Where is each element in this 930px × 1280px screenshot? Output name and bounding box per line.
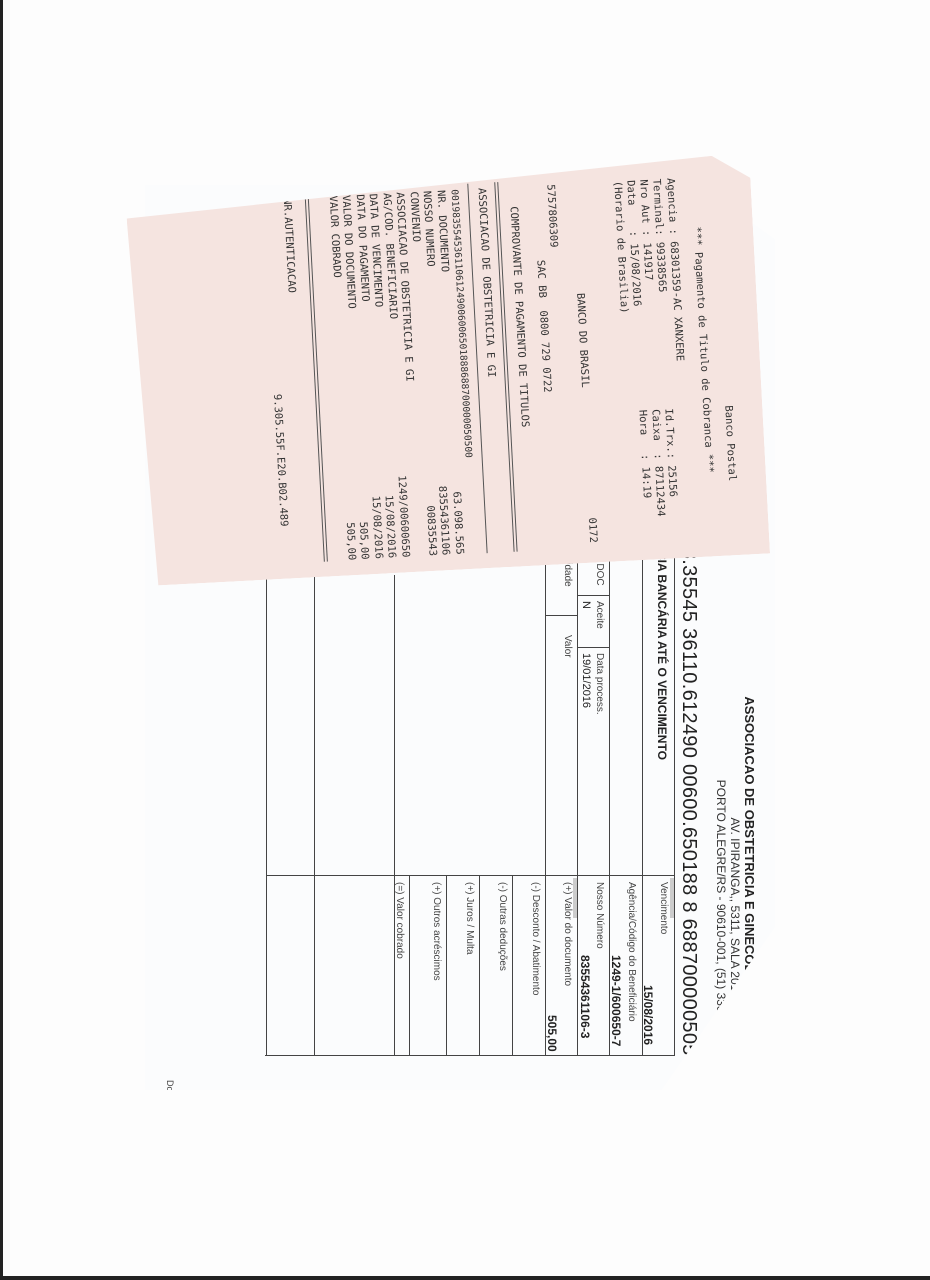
divider	[577, 525, 578, 1055]
divider	[573, 878, 577, 918]
divider	[265, 1055, 675, 1056]
outras-deducoes-label: (-) Outras deduções	[497, 882, 508, 971]
divider	[578, 595, 610, 596]
divider	[266, 875, 546, 876]
receipt-title: *** Pagamento de Titulo de Cobranca ***	[689, 226, 715, 473]
receipt-beneficiary: ASSOCIACAO DE OBSTETRICIA E GI	[474, 188, 497, 378]
receipt-row-label: CONVENIO	[406, 191, 422, 242]
divider	[578, 647, 610, 648]
vencimento-value: 15/08/2016	[641, 985, 655, 1045]
valor-label: Valor	[562, 635, 573, 658]
receipt-row-value: 505,00	[356, 521, 371, 560]
divider	[266, 575, 267, 1055]
aceite-label: Aceite	[594, 601, 605, 629]
divider	[609, 525, 610, 1055]
nosso-numero-value: 83554361106-3	[578, 955, 592, 1038]
receipt-auth-value: 9.305.55F.E20.B02.489	[270, 394, 290, 527]
agencia-value: 1249-1/600650-7	[609, 955, 623, 1046]
payment-receipt: Banco Postal *** Pagamento de Titulo de …	[125, 154, 770, 586]
receipt-header: Banco Postal	[721, 405, 738, 481]
valor-documento-label: (+) Valor do documento	[562, 882, 573, 986]
divider	[674, 525, 675, 1055]
data-process-value: 19/01/2016	[580, 653, 592, 708]
digitable-line: 198.35545 36110.612490 00600.650188 8 68…	[677, 525, 700, 1079]
valor-documento-value: 505,00	[545, 1015, 559, 1052]
receipt-sac: SAC BB 0800 729 0722	[533, 260, 553, 393]
divider	[642, 525, 643, 1055]
desconto-label: (-) Desconto / Abatimento	[530, 882, 541, 995]
receipt-row-value: 505,00	[342, 522, 357, 561]
vencimento-label: Vencimento	[658, 882, 669, 934]
divider	[394, 575, 395, 1055]
divider	[670, 878, 674, 918]
beneficiary-address-2: PORTO ALEGRE/RS - 90610-001, (51) 3339-6…	[714, 696, 728, 1050]
divider	[307, 192, 327, 562]
agencia-label: Agência/Código do Beneficiário	[626, 882, 637, 1022]
receipt-comprovante: COMPROVANTE DE PAGAMENTO DE TITULOS	[506, 206, 531, 428]
receipt-auth-label: NR.AUTENTICACAO	[279, 198, 297, 293]
juros-label: (+) Juros / Multa	[464, 882, 475, 955]
outros-acrescimos-label: (+) Outros acréscimos	[431, 882, 442, 981]
nosso-numero-label: Nosso Número	[594, 882, 605, 949]
valor-cobrado-label: (=) Valor cobrado	[394, 882, 405, 959]
divider	[479, 875, 480, 1055]
receipt-ref: 5757806309	[543, 184, 560, 248]
aceite-value: N	[580, 601, 592, 609]
receipt-bank: BANCO DO BRASIL	[573, 293, 591, 388]
divider	[409, 875, 410, 1055]
receipt-bank-code: 0172	[584, 517, 599, 543]
payment-place: GÊNCIA BANCÁRIA ATÉ O VENCIMENTO	[655, 525, 669, 760]
divider	[314, 575, 315, 1055]
divider	[305, 192, 325, 562]
divider	[545, 525, 546, 1055]
divider	[446, 875, 447, 1055]
data-process-label: Data process.	[594, 653, 605, 715]
divider	[546, 615, 578, 616]
receipt-row-value: 00835543	[423, 505, 439, 556]
divider	[512, 875, 513, 1055]
